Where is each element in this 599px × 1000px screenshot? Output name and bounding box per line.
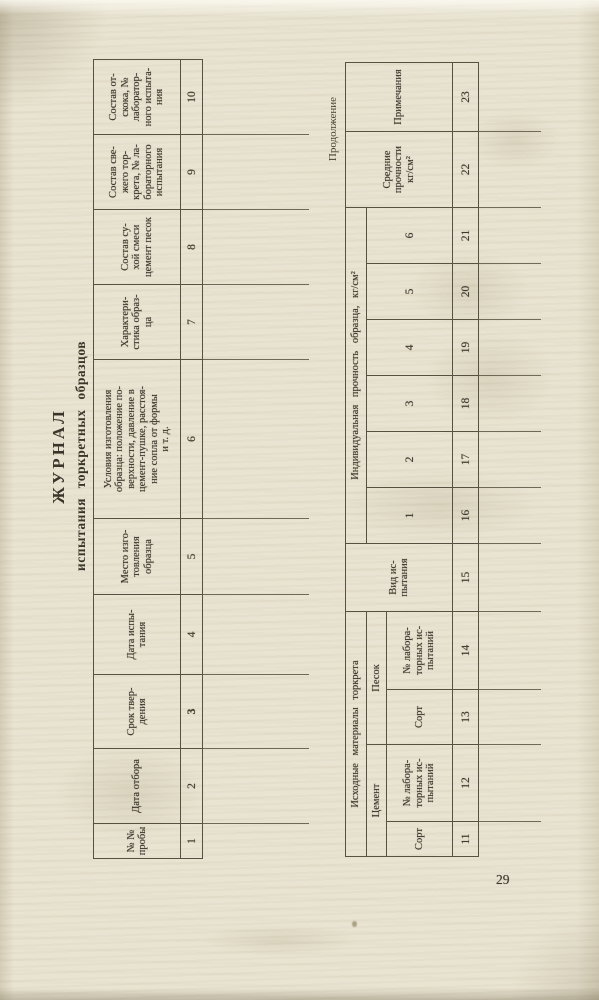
t2-colnum: 15 [453,544,479,612]
rotated-table-content: ЖУРНАЛ испытания торкретных образцов № №… [25,50,575,862]
t2-header-cement-lab-no: № лабора- торных ис- пытаний [387,745,453,822]
t1-header-rebound: Состав от- скока, № лаборатор- ного испы… [93,59,181,135]
t1-empty-data-cell [203,675,309,749]
t2-colnum: 17 [453,432,479,488]
t2-header-sand-grade: Сорт [387,690,453,745]
t2-empty-data-cell [479,376,541,432]
t1-header-test-date: Дата испы- тания [93,595,181,675]
t1-empty-data-cell [203,595,309,675]
t1-header-conditions: Условия изготовления образца: положение … [93,360,181,519]
t1-header-curing-time: Срок твер- дения [93,675,181,749]
t2-header-test-kind: Вид ис- пытания [345,544,453,612]
t2-subcol-number: 4 [367,320,453,376]
continuation-label: Продолжение [327,59,339,859]
t2-colnum: 21 [453,208,479,264]
t1-colnum: 3 [181,675,203,749]
t2-empty-data-cell [479,544,541,612]
t2-group-individual-strength: Индивидуальная прочность образца, кг/см² [345,208,367,544]
t2-empty-data-cell [479,264,541,320]
t1-header-dry-mix: Состав су- хой смеси цемент песок [93,210,181,285]
t1-colnum: 9 [181,135,203,210]
t2-empty-data-cell [479,745,541,822]
t2-header-average-strength: Средние прочности кг/см² [345,132,453,208]
t2-header-cement-grade: Сорт [387,822,453,857]
shotcrete-test-journal-table-continuation: Исходные материалы торкрета Вид ис- пыта… [345,62,541,857]
t2-colnum: 23 [453,62,479,132]
t1-empty-data-cell [203,210,309,285]
t2-colnum: 11 [453,822,479,857]
t2-group-source-materials: Исходные материалы торкрета [345,612,367,857]
t2-colnum: 12 [453,745,479,822]
t1-empty-data-cell [203,59,309,135]
t1-empty-data-cell [203,749,309,824]
journal-subtitle: испытания торкретных образцов [73,53,89,859]
t2-subgroup-sand: Песок [367,612,387,745]
t1-empty-data-cell [203,519,309,595]
t2-empty-data-cell [479,488,541,544]
ink-bleed-smudge [200,925,360,955]
t2-empty-data-cell [479,132,541,208]
scanned-book-page: ЖУРНАЛ испытания торкретных образцов № №… [0,0,599,1000]
t2-empty-data-cell [479,822,541,857]
t1-empty-data-cell [203,285,309,360]
t1-colnum: 4 [181,595,203,675]
t2-subcol-number: 2 [367,432,453,488]
t2-subgroup-cement: Цемент [367,745,387,857]
t1-colnum: 2 [181,749,203,824]
t1-colnum: 6 [181,360,203,519]
page-number: 29 [496,872,510,888]
journal-title: ЖУРНАЛ [49,53,69,859]
t2-empty-data-cell [479,612,541,690]
t1-colnum: 7 [181,285,203,360]
t1-colnum: 5 [181,519,203,595]
t2-empty-data-cell [479,208,541,264]
t2-colnum: 18 [453,376,479,432]
t2-empty-data-cell [479,432,541,488]
t1-header-samples-no: № № пробы [93,824,181,859]
t2-empty-data-cell [479,690,541,745]
t2-colnum: 13 [453,690,479,745]
t2-colnum: 16 [453,488,479,544]
t2-empty-data-cell [479,62,541,132]
t1-header-fresh-shotcrete: Состав све- жего тор- крета, № ла- борат… [93,135,181,210]
t1-empty-data-cell [203,135,309,210]
t1-header-sampling-date: Дата отбора [93,749,181,824]
t1-header-characteristic: Характери- стика образ- ца [93,285,181,360]
t2-subcol-number: 1 [367,488,453,544]
t1-colnum: 8 [181,210,203,285]
t2-colnum: 22 [453,132,479,208]
t2-empty-data-cell [479,320,541,376]
t2-header-notes: Примечания [345,62,453,132]
t2-subcol-number: 5 [367,264,453,320]
t1-colnum: 10 [181,59,203,135]
t2-header-sand-lab-no: № лабора- торных ис- пытаний [387,612,453,690]
t1-empty-data-cell [203,360,309,519]
shotcrete-test-journal-table: № № пробы Дата отбора Срок твер- дения Д… [93,59,309,859]
t2-colnum: 20 [453,264,479,320]
t2-subcol-number: 3 [367,376,453,432]
paper-speck [352,921,357,927]
t2-subcol-number: 6 [367,208,453,264]
t1-empty-data-cell [203,824,309,859]
t2-colnum: 14 [453,612,479,690]
t2-colnum: 19 [453,320,479,376]
t1-colnum: 1 [181,824,203,859]
t1-header-place-made: Место изго- товления образца [93,519,181,595]
